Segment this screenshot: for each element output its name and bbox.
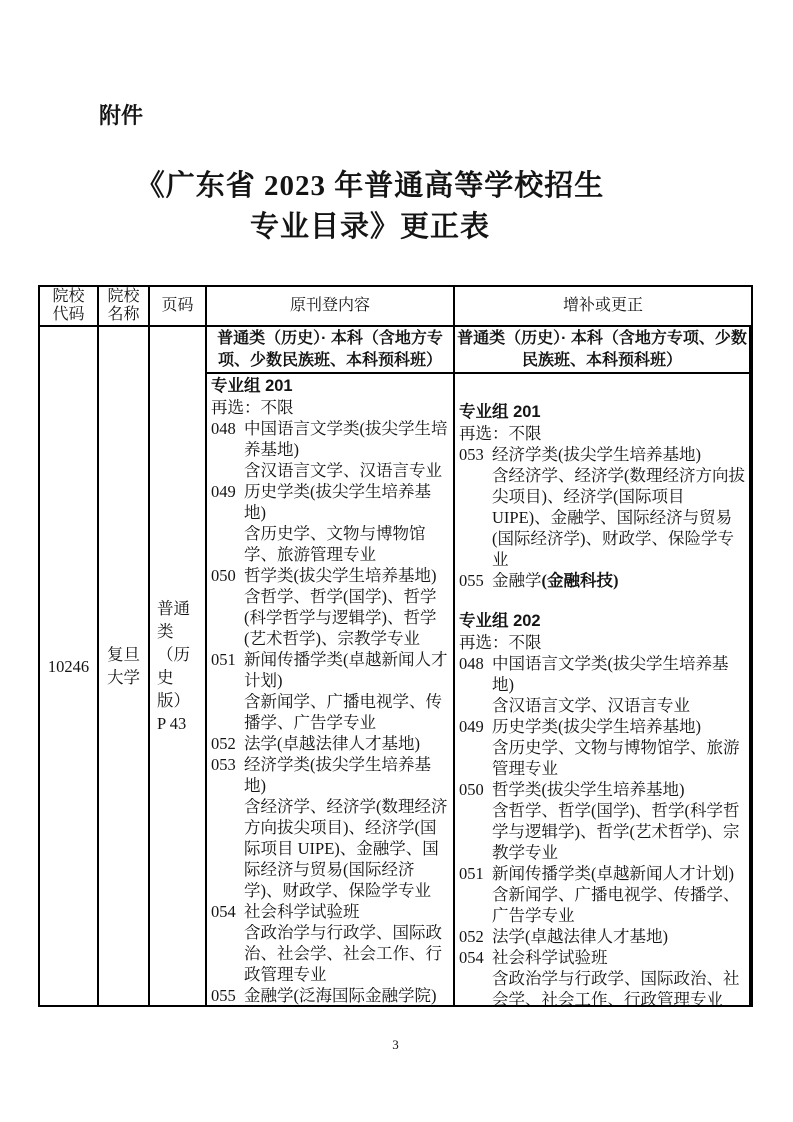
major-name: 经济学类(拔尖学生培养基地) bbox=[244, 755, 431, 795]
major-text: 中国语言文学类(拔尖学生培养基地)含汉语言文学、汉语言专业 bbox=[492, 653, 746, 716]
major-code: 055 bbox=[459, 570, 492, 591]
major-text: 社会科学试验班含政治学与行政学、国际政治、社会学、社会工作、行政管理专业 bbox=[244, 901, 450, 985]
original-category-header: 普通类（历史）· 本科（含地方专项、少数民族班、本科预科班） bbox=[207, 327, 453, 374]
major-code: 055 bbox=[211, 985, 244, 1005]
major-text: 金融学(泛海国际金融学院) bbox=[244, 985, 450, 1005]
major-code: 053 bbox=[211, 754, 244, 901]
reselect-requirement: 再选：不限 bbox=[459, 632, 746, 653]
major-code: 049 bbox=[211, 481, 244, 565]
major-detail: 含政治学与行政学、国际政治、社会学、社会工作、行政管理专业 bbox=[492, 968, 746, 1005]
major-detail: 含新闻学、广播电视学、传播学、广告学专业 bbox=[244, 691, 450, 733]
header-school-code: 院校 代码 bbox=[40, 287, 99, 325]
header-school-name: 院校 名称 bbox=[99, 287, 150, 325]
major-name: 法学(卓越法律人才基地) bbox=[492, 927, 668, 946]
header-original-content: 原刊登内容 bbox=[207, 287, 455, 325]
major-text: 哲学类(拔尖学生培养基地)含哲学、哲学(国学)、哲学(科学哲学与逻辑学)、哲学(… bbox=[244, 565, 450, 649]
major-entry: 051新闻传播学类(卓越新闻人才计划)含新闻学、广播电视学、传播学、广告学专业 bbox=[211, 649, 450, 733]
document-title-line1: 《广东省 2023 年普通高等学校招生 bbox=[0, 166, 740, 207]
major-entry: 053经济学类(拔尖学生培养基地)含经济学、经济学(数理经济方向拔尖项目)、经济… bbox=[459, 444, 746, 570]
major-entry: 055金融学(金融科技) bbox=[459, 570, 746, 591]
major-detail: 含经济学、经济学(数理经济方向拔尖项目)、经济学(国际项目 UIPE)、金融学、… bbox=[244, 796, 450, 901]
major-name: 中国语言文学类(拔尖学生培养基地) bbox=[244, 419, 448, 459]
table-header-row: 院校 代码 院校 名称 页码 原刊登内容 增补或更正 bbox=[40, 287, 751, 327]
major-code: 050 bbox=[459, 779, 492, 863]
correction-category-header: 普通类（历史）· 本科（含地方专项、少数民族班、本科预科班） bbox=[455, 327, 749, 374]
major-name: 金融学(金融科技) bbox=[492, 571, 619, 590]
major-text: 法学(卓越法律人才基地) bbox=[492, 926, 746, 947]
major-code: 054 bbox=[211, 901, 244, 985]
major-entry: 053经济学类(拔尖学生培养基地)含经济学、经济学(数理经济方向拔尖项目)、经济… bbox=[211, 754, 450, 901]
correction-table: 院校 代码 院校 名称 页码 原刊登内容 增补或更正 10246 复旦 大学 普… bbox=[38, 285, 753, 1007]
major-code: 051 bbox=[459, 863, 492, 926]
major-detail: 含哲学、哲学(国学)、哲学(科学哲学与逻辑学)、哲学(艺术哲学)、宗教学专业 bbox=[244, 586, 450, 649]
major-name: 新闻传播学类(卓越新闻人才计划) bbox=[244, 650, 448, 690]
major-code: 052 bbox=[211, 733, 244, 754]
major-detail: 含新闻学、广播电视学、传播学、广告学专业 bbox=[492, 884, 746, 926]
major-text: 新闻传播学类(卓越新闻人才计划)含新闻学、广播电视学、传播学、广告学专业 bbox=[244, 649, 450, 733]
major-code: 048 bbox=[211, 418, 244, 481]
major-detail: 含政治学与行政学、国际政治、社会学、社会工作、行政管理专业 bbox=[244, 922, 450, 985]
major-code: 051 bbox=[211, 649, 244, 733]
major-entry: 049历史学类(拔尖学生培养基地)含历史学、文物与博物馆学、旅游管理专业 bbox=[211, 481, 450, 565]
major-text: 新闻传播学类(卓越新闻人才计划)含新闻学、广播电视学、传播学、广告学专业 bbox=[492, 863, 746, 926]
major-name: 哲学类(拔尖学生培养基地) bbox=[244, 566, 437, 585]
major-code: 054 bbox=[459, 947, 492, 1005]
page-ref-cell: 普通 类（历 史版） P 43 bbox=[150, 327, 207, 1005]
major-name: 经济学类(拔尖学生培养基地) bbox=[492, 445, 701, 464]
original-content-column: 普通类（历史）· 本科（含地方专项、少数民族班、本科预科班） 专业组 201再选… bbox=[207, 327, 455, 1005]
major-text: 经济学类(拔尖学生培养基地)含经济学、经济学(数理经济方向拔尖项目)、经济学(国… bbox=[492, 444, 746, 570]
header-page: 页码 bbox=[150, 287, 207, 325]
professional-group: 专业组 202再选：不限048中国语言文学类(拔尖学生培养基地)含汉语言文学、汉… bbox=[459, 611, 746, 1005]
major-text: 中国语言文学类(拔尖学生培养基地)含汉语言文学、汉语言专业 bbox=[244, 418, 450, 481]
major-name: 历史学类(拔尖学生培养基地) bbox=[492, 717, 701, 736]
school-code-cell: 10246 bbox=[40, 327, 99, 1005]
major-name: 中国语言文学类(拔尖学生培养基地) bbox=[492, 654, 729, 694]
major-detail: 含哲学、哲学(国学)、哲学(科学哲学与逻辑学)、哲学(艺术哲学)、宗教学专业 bbox=[492, 800, 746, 863]
major-code: 053 bbox=[459, 444, 492, 570]
major-code: 048 bbox=[459, 653, 492, 716]
document-title: 《广东省 2023 年普通高等学校招生 专业目录》更正表 bbox=[0, 166, 740, 248]
major-name: 金融学(泛海国际金融学院) bbox=[244, 986, 437, 1005]
major-name: 社会科学试验班 bbox=[244, 902, 360, 921]
document-page: 附件 《广东省 2023 年普通高等学校招生 专业目录》更正表 院校 代码 院校… bbox=[0, 0, 793, 1122]
page-number: 3 bbox=[38, 1037, 753, 1053]
major-name: 哲学类(拔尖学生培养基地) bbox=[492, 780, 685, 799]
major-text: 历史学类(拔尖学生培养基地)含历史学、文物与博物馆学、旅游管理专业 bbox=[244, 481, 450, 565]
major-text: 金融学(金融科技) bbox=[492, 570, 746, 591]
major-entry: 055金融学(泛海国际金融学院) bbox=[211, 985, 450, 1005]
correction-column: 普通类（历史）· 本科（含地方专项、少数民族班、本科预科班） 专业组 201再选… bbox=[455, 327, 751, 1005]
group-title: 专业组 201 bbox=[459, 402, 746, 423]
major-name: 法学(卓越法律人才基地) bbox=[244, 734, 420, 753]
major-detail: 含历史学、文物与博物馆学、旅游管理专业 bbox=[492, 737, 746, 779]
major-text: 历史学类(拔尖学生培养基地)含历史学、文物与博物馆学、旅游管理专业 bbox=[492, 716, 746, 779]
major-name-bold: (金融科技) bbox=[542, 571, 619, 590]
major-entry: 052法学(卓越法律人才基地) bbox=[459, 926, 746, 947]
document-title-line2: 专业目录》更正表 bbox=[0, 207, 740, 248]
major-text: 哲学类(拔尖学生培养基地)含哲学、哲学(国学)、哲学(科学哲学与逻辑学)、哲学(… bbox=[492, 779, 746, 863]
major-name: 社会科学试验班 bbox=[492, 948, 608, 967]
correction-content-body: 专业组 201再选：不限053经济学类(拔尖学生培养基地)含经济学、经济学(数理… bbox=[455, 374, 749, 1005]
table-body-row: 10246 复旦 大学 普通 类（历 史版） P 43 普通类（历史）· 本科（… bbox=[40, 327, 751, 1005]
major-code: 052 bbox=[459, 926, 492, 947]
professional-group: 专业组 201再选：不限048中国语言文学类(拔尖学生培养基地)含汉语言文学、汉… bbox=[211, 376, 450, 1005]
major-entry: 051新闻传播学类(卓越新闻人才计划)含新闻学、广播电视学、传播学、广告学专业 bbox=[459, 863, 746, 926]
major-name: 新闻传播学类(卓越新闻人才计划) bbox=[492, 864, 734, 883]
major-text: 社会科学试验班含政治学与行政学、国际政治、社会学、社会工作、行政管理专业 bbox=[492, 947, 746, 1005]
major-entry: 048中国语言文学类(拔尖学生培养基地)含汉语言文学、汉语言专业 bbox=[211, 418, 450, 481]
major-entry: 052法学(卓越法律人才基地) bbox=[211, 733, 450, 754]
group-title: 专业组 201 bbox=[211, 376, 450, 397]
major-code: 050 bbox=[211, 565, 244, 649]
major-name: 历史学类(拔尖学生培养基地) bbox=[244, 482, 431, 522]
major-detail: 含经济学、经济学(数理经济方向拔尖项目)、经济学(国际项目 UIPE)、金融学、… bbox=[492, 465, 746, 570]
major-entry: 050哲学类(拔尖学生培养基地)含哲学、哲学(国学)、哲学(科学哲学与逻辑学)、… bbox=[211, 565, 450, 649]
header-correction: 增补或更正 bbox=[455, 287, 751, 325]
major-entry: 054社会科学试验班含政治学与行政学、国际政治、社会学、社会工作、行政管理专业 bbox=[459, 947, 746, 1005]
reselect-requirement: 再选：不限 bbox=[459, 423, 746, 444]
professional-group: 专业组 201再选：不限053经济学类(拔尖学生培养基地)含经济学、经济学(数理… bbox=[459, 402, 746, 591]
major-entry: 048中国语言文学类(拔尖学生培养基地)含汉语言文学、汉语言专业 bbox=[459, 653, 746, 716]
original-content-body: 专业组 201再选：不限048中国语言文学类(拔尖学生培养基地)含汉语言文学、汉… bbox=[207, 374, 453, 1005]
major-entry: 049历史学类(拔尖学生培养基地)含历史学、文物与博物馆学、旅游管理专业 bbox=[459, 716, 746, 779]
major-text: 法学(卓越法律人才基地) bbox=[244, 733, 450, 754]
major-detail: 含汉语言文学、汉语言专业 bbox=[244, 460, 450, 481]
major-entry: 050哲学类(拔尖学生培养基地)含哲学、哲学(国学)、哲学(科学哲学与逻辑学)、… bbox=[459, 779, 746, 863]
major-detail: 含历史学、文物与博物馆学、旅游管理专业 bbox=[244, 523, 450, 565]
attachment-label: 附件 bbox=[99, 99, 143, 130]
group-title: 专业组 202 bbox=[459, 611, 746, 632]
school-name-cell: 复旦 大学 bbox=[99, 327, 150, 1005]
major-entry: 054社会科学试验班含政治学与行政学、国际政治、社会学、社会工作、行政管理专业 bbox=[211, 901, 450, 985]
major-code: 049 bbox=[459, 716, 492, 779]
reselect-requirement: 再选：不限 bbox=[211, 397, 450, 418]
major-text: 经济学类(拔尖学生培养基地)含经济学、经济学(数理经济方向拔尖项目)、经济学(国… bbox=[244, 754, 450, 901]
major-detail: 含汉语言文学、汉语言专业 bbox=[492, 695, 746, 716]
